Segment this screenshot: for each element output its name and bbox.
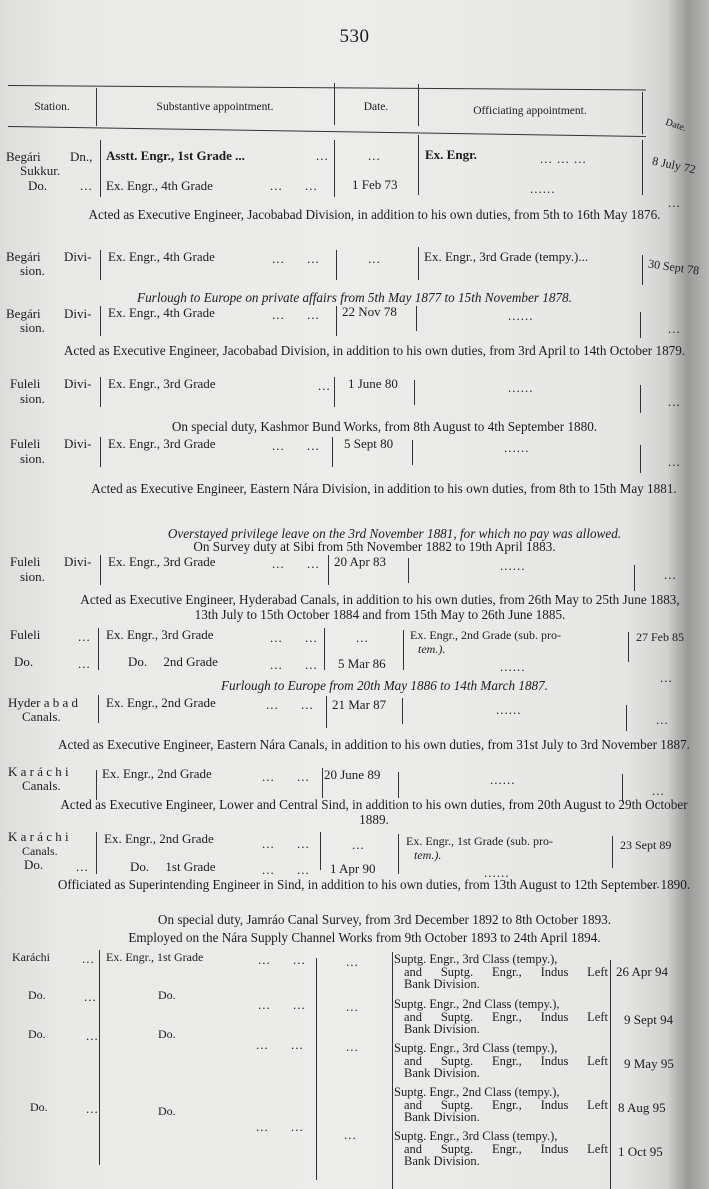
service-note: Acted as Executive Engineer, Lower and C… xyxy=(14,797,694,827)
station-cell: Fuleli xyxy=(10,377,40,391)
dots: ... xyxy=(78,657,91,671)
col-divider xyxy=(610,960,611,1189)
col-divider xyxy=(642,255,643,285)
station-cell: Sukkur. xyxy=(20,164,60,178)
col-divider xyxy=(100,437,101,467)
substantive-cell: Asstt. Engr., 1st Grade ... xyxy=(106,149,245,163)
col-divider xyxy=(414,380,415,405)
col-divider xyxy=(98,695,99,723)
service-note: On special duty, Kashmor Bund Works, fro… xyxy=(0,419,709,434)
station-cell: Dn., xyxy=(70,150,92,164)
date-cell: 21 Mar 87 xyxy=(332,698,386,712)
station-cell: Begári xyxy=(6,307,41,321)
dots: ... ... ... xyxy=(540,152,587,166)
station-cell: Canals. xyxy=(22,779,61,793)
header-date2: Date. xyxy=(642,98,709,153)
officiating-cell: Ex. Engr., 1st Grade (sub. pro- xyxy=(406,834,553,848)
date-cell: 20 June 89 xyxy=(324,768,380,782)
station-cell: Fuleli xyxy=(10,555,40,569)
officiating-line: Bank Division. xyxy=(394,978,608,991)
col-divider xyxy=(418,247,419,280)
substantive-cell: Do. xyxy=(158,1027,176,1041)
col-divider xyxy=(642,140,643,195)
substantive-cell: Do. 2nd Grade xyxy=(128,655,218,669)
col-divider xyxy=(398,834,399,874)
officiating-line: Bank Division. xyxy=(394,1111,608,1124)
substantive-cell: Ex. Engr., 2nd Grade xyxy=(102,767,212,781)
date2-cell: ... xyxy=(668,322,681,336)
officiating-cell: Ex. Engr., 2nd Grade (sub. pro- xyxy=(410,628,561,642)
date-cell: 20 Apr 83 xyxy=(334,555,386,569)
officiating-cell: ...... xyxy=(500,660,526,674)
service-note: Acted as Executive Engineer, Eastern Nár… xyxy=(14,737,694,752)
date2-cell: 27 Feb 85 xyxy=(636,630,684,644)
officiating-line: Suptg. Engr., 2nd Class (tempy.), xyxy=(394,998,608,1011)
col-divider xyxy=(398,772,399,798)
service-note: On Survey duty at Sibi from 5th November… xyxy=(0,539,709,554)
substantive-cell: Do. xyxy=(158,1104,176,1118)
officiating-cell: tem.). xyxy=(418,642,445,656)
station-cell: Divi- xyxy=(64,307,91,321)
officiating-cell: Ex. Engr., 3rd Grade (tempy.)... xyxy=(424,250,588,264)
dots: ... xyxy=(316,149,329,163)
dots: ... ... xyxy=(272,557,320,571)
officiating-cell: ...... xyxy=(496,703,522,717)
col-divider xyxy=(100,555,101,585)
dots: ... ... xyxy=(266,698,314,712)
dots: ... ... xyxy=(256,1120,304,1134)
service-note: Furlough to Europe from 20th May 1886 to… xyxy=(0,678,709,693)
col-divider xyxy=(334,377,335,407)
date2-cell: 30 Sept 78 xyxy=(647,256,700,277)
date2-cell: ... xyxy=(652,784,665,798)
station-cell: Do. xyxy=(28,1027,46,1041)
col-divider xyxy=(324,628,325,670)
col-divider xyxy=(316,958,317,1180)
dots: ... ... xyxy=(258,998,306,1012)
date-cell: 5 Mar 86 xyxy=(338,657,386,671)
date-cell: 22 Nov 78 xyxy=(342,305,397,319)
date2-cell: 8 July 72 xyxy=(651,154,697,177)
dots: ... ... xyxy=(272,308,320,322)
station-cell: Do. xyxy=(28,988,46,1002)
officiating-cell: ...... xyxy=(490,773,516,787)
officiating-line: Suptg. Engr., 3rd Class (tempy.), xyxy=(394,1042,608,1055)
substantive-cell: Ex. Engr., 2nd Grade xyxy=(106,696,216,710)
service-note: Furlough to Europe on private affairs fr… xyxy=(0,290,709,305)
col-divider xyxy=(100,140,101,197)
date2-cell: ... xyxy=(664,568,677,582)
officiating-cell: Suptg. Engr., 2nd Class (tempy.), and Su… xyxy=(394,1086,608,1124)
dots: ... ... xyxy=(270,179,318,193)
date2-cell: 9 May 95 xyxy=(624,1057,674,1071)
substantive-cell: Ex. Engr., 3rd Grade xyxy=(108,555,216,569)
date-cell: ... xyxy=(368,149,381,163)
page-number: 530 xyxy=(0,26,709,48)
col-divider xyxy=(640,445,641,473)
col-divider xyxy=(640,312,641,338)
station-cell: sion. xyxy=(20,570,45,584)
service-note: Acted as Executive Engineer, Jacobabad D… xyxy=(0,343,709,358)
station-cell: Fuleli xyxy=(10,437,40,451)
station-cell: sion. xyxy=(20,321,45,335)
officiating-cell: ...... xyxy=(500,559,526,573)
date2-cell: 23 Sept 89 xyxy=(620,838,671,852)
dots: ... xyxy=(82,952,95,966)
col-divider xyxy=(336,306,337,336)
col-divider xyxy=(402,698,403,724)
col-divider xyxy=(612,836,613,868)
officiating-cell: ...... xyxy=(504,441,530,455)
station-cell: sion. xyxy=(20,392,45,406)
date2-cell: 1 Oct 95 xyxy=(618,1145,663,1159)
col-divider xyxy=(99,950,100,1165)
col-divider xyxy=(98,628,99,670)
officiating-line: Bank Division. xyxy=(394,1067,608,1080)
date2-cell: 9 Sept 94 xyxy=(624,1013,673,1027)
service-note: Officiated as Superintending Engineer in… xyxy=(14,877,694,892)
officiating-cell: ...... xyxy=(530,182,556,196)
col-divider xyxy=(412,440,413,465)
station-cell: Do. xyxy=(14,655,33,669)
station-cell: sion. xyxy=(20,452,45,466)
officiating-cell: Ex. Engr. xyxy=(425,148,477,162)
date-cell: 1 Apr 90 xyxy=(330,862,376,876)
station-cell: Do. xyxy=(24,858,43,872)
date-cell: 5 Sept 80 xyxy=(344,437,393,451)
substantive-cell: Ex. Engr., 2nd Grade xyxy=(104,832,214,846)
officiating-line: Bank Division. xyxy=(394,1023,608,1036)
date-cell: ... xyxy=(356,631,369,645)
officiating-cell: Suptg. Engr., 3rd Class (tempy.), and Su… xyxy=(394,953,608,991)
substantive-cell: Ex. Engr., 4th Grade xyxy=(106,179,213,193)
col-divider xyxy=(100,377,101,407)
dots: ... xyxy=(318,379,331,393)
station-cell: K a r á c h i xyxy=(8,765,69,779)
station-cell: Divi- xyxy=(64,250,91,264)
col-divider xyxy=(418,135,419,195)
date-cell: ... xyxy=(346,1000,359,1014)
col-divider xyxy=(640,385,641,413)
dots: ... ... xyxy=(262,837,310,851)
date-cell: ... xyxy=(352,838,365,852)
officiating-cell: Suptg. Engr., 2nd Class (tempy.), and Su… xyxy=(394,998,608,1036)
station-cell: Karáchi xyxy=(12,950,50,964)
station-cell: Begári xyxy=(6,250,41,264)
station-cell: sion. xyxy=(20,264,45,278)
date-cell: 1 Feb 73 xyxy=(352,178,398,192)
col-divider xyxy=(96,88,97,126)
officiating-line: Suptg. Engr., 2nd Class (tempy.), xyxy=(394,1086,608,1099)
col-divider xyxy=(334,83,335,125)
date2-cell: ... xyxy=(668,395,681,409)
header-substantive: Substantive appointment. xyxy=(96,88,334,126)
dots: ... ... xyxy=(262,770,310,784)
col-divider xyxy=(96,770,97,800)
col-divider xyxy=(416,306,417,331)
station-cell: Canals. xyxy=(22,710,61,724)
date2-cell: 8 Aug 95 xyxy=(618,1101,666,1115)
officiating-line: Suptg. Engr., 3rd Class (tempy.), xyxy=(394,953,608,966)
substantive-cell: Ex. Engr., 3rd Grade xyxy=(108,437,216,451)
col-divider xyxy=(634,565,635,591)
dots: ... xyxy=(76,860,89,874)
substantive-cell: Ex. Engr., 4th Grade xyxy=(108,306,215,320)
col-divider xyxy=(628,632,629,662)
date-cell: ... xyxy=(368,252,381,266)
col-divider xyxy=(332,437,333,467)
substantive-cell: Ex. Engr., 3rd Grade xyxy=(106,628,214,642)
dots: ... ... xyxy=(258,953,306,967)
col-divider xyxy=(418,84,419,126)
station-cell: Do. xyxy=(30,1100,48,1114)
dots: ... xyxy=(80,179,93,193)
substantive-cell: Ex. Engr., 3rd Grade xyxy=(108,377,216,391)
dots: ... xyxy=(78,630,91,644)
substantive-cell: Ex. Engr., 4th Grade xyxy=(108,250,215,264)
dots: ... ... xyxy=(256,1038,304,1052)
station-cell: Canals. xyxy=(22,844,58,858)
substantive-cell: Ex. Engr., 1st Grade xyxy=(106,950,203,964)
dots: ... ... xyxy=(272,439,320,453)
station-cell: Divi- xyxy=(64,377,91,391)
dots: ... xyxy=(86,1029,99,1043)
service-note: Acted as Executive Engineer, Jacobabad D… xyxy=(0,207,709,222)
service-note: Acted as Executive Engineer, Hyderabad C… xyxy=(30,592,690,622)
col-divider xyxy=(100,250,101,280)
station-cell: Begári xyxy=(6,150,41,164)
col-divider xyxy=(408,558,409,583)
col-divider xyxy=(322,768,323,798)
date2-cell: ... xyxy=(656,713,669,727)
officiating-cell: Suptg. Engr., 3rd Class (tempy.), and Su… xyxy=(394,1130,608,1168)
station-cell: Divi- xyxy=(64,555,91,569)
date-cell: ... xyxy=(344,1128,357,1142)
officiating-cell: Suptg. Engr., 3rd Class (tempy.), and Su… xyxy=(394,1042,608,1080)
col-divider xyxy=(96,832,97,874)
date2-cell: 26 Apr 94 xyxy=(616,965,668,979)
date-cell: 1 June 80 xyxy=(348,377,398,391)
station-cell: K a r á c h i xyxy=(8,830,69,844)
col-divider xyxy=(626,705,627,731)
station-cell: Hyder a b a d xyxy=(8,696,78,710)
service-note: Acted as Executive Engineer, Eastern Nár… xyxy=(54,481,684,496)
officiating-line: Bank Division. xyxy=(394,1155,608,1168)
header-date: Date. xyxy=(334,88,418,126)
officiating-line: Suptg. Engr., 3rd Class (tempy.), xyxy=(394,1130,608,1143)
station-cell: Divi- xyxy=(64,437,91,451)
date-cell: ... xyxy=(346,1040,359,1054)
officiating-cell: ...... xyxy=(508,309,534,323)
dots: ... ... xyxy=(270,631,318,645)
date2-cell: ... xyxy=(668,455,681,469)
station-cell: Fuleli xyxy=(10,628,40,642)
col-divider xyxy=(328,555,329,585)
col-divider xyxy=(334,140,335,197)
header-officiating: Officiating appointment. xyxy=(418,92,642,130)
dots: ... ... xyxy=(270,658,318,672)
officiating-cell: tem.). xyxy=(414,848,441,862)
station-cell: Do. xyxy=(28,179,47,193)
dots: ... ... xyxy=(272,252,320,266)
dots: ... xyxy=(84,990,97,1004)
col-divider xyxy=(392,952,393,1189)
officiating-cell: ...... xyxy=(508,381,534,395)
col-divider xyxy=(320,832,321,870)
col-divider xyxy=(100,306,101,336)
col-divider xyxy=(642,92,643,134)
service-note: Employed on the Nára Supply Channel Work… xyxy=(0,930,709,945)
col-divider xyxy=(336,250,337,280)
substantive-cell: Do. 1st Grade xyxy=(130,860,216,874)
dots: ... xyxy=(86,1102,99,1116)
header-station: Station. xyxy=(8,88,96,126)
service-note: On special duty, Jamráo Canal Survey, fr… xyxy=(0,912,709,927)
col-divider xyxy=(326,696,327,728)
date-cell: ... xyxy=(346,955,359,969)
substantive-cell: Do. xyxy=(158,988,176,1002)
dots: ... ... xyxy=(262,863,310,877)
col-divider xyxy=(403,630,404,670)
